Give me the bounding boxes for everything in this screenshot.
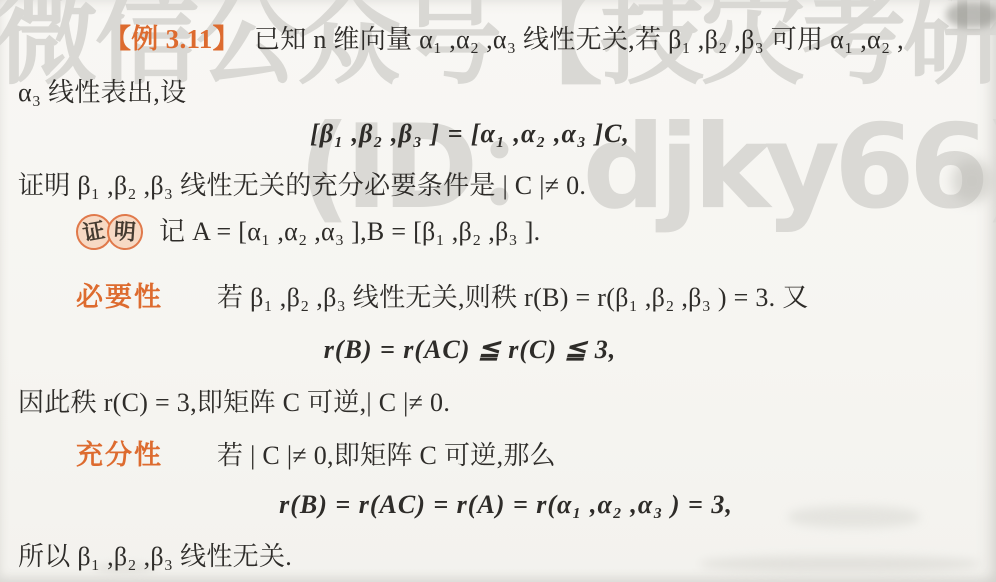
definition-equation: [β₁ ,β₂ ,β₃ ] = [α₁ ,α₂ ,α₃ ]C, bbox=[0, 117, 968, 151]
proof-content: 【例 3.11】已知 n 维向量 α₁ ,α₂ ,α₃ 线性无关,若 β₁ ,β… bbox=[0, 0, 996, 582]
necessity-conclusion-line: 因此秩 r(C) = 3,即矩阵 C 可逆,| C |≠ 0. bbox=[18, 386, 450, 420]
necessity-label: 必要性 bbox=[76, 282, 163, 312]
sufficiency-text: 若 | C |≠ 0,即矩阵 C 可逆,那么 bbox=[217, 441, 556, 470]
proof-stamp-char-ming: 明 bbox=[106, 213, 144, 251]
example-statement-line1: 【例 3.11】已知 n 维向量 α₁ ,α₂ ,α₃ 线性无关,若 β₁ ,β… bbox=[104, 22, 904, 57]
conclusion-line: 所以 β₁ ,β₂ ,β₃ 线性无关. bbox=[18, 540, 292, 574]
sufficiency-line: 充分性若 | C |≠ 0,即矩阵 C 可逆,那么 bbox=[76, 438, 556, 473]
necessity-text: 若 β₁ ,β₂ ,β₃ 线性无关,则秩 r(B) = r(β₁ ,β₂ ,β₃… bbox=[217, 283, 809, 312]
proof-setup-line: 证 明 记 A = [α₁ ,α₂ ,α₃ ],B = [β₁ ,β₂ ,β₃ … bbox=[76, 214, 540, 250]
claim-line: 证明 β₁ ,β₂ ,β₃ 线性无关的充分必要条件是 | C |≠ 0. bbox=[18, 169, 586, 203]
example-statement-line2: α₃ 线性表出,设 bbox=[18, 76, 186, 110]
rank-equality-equation: r(B) = r(AC) = r(A) = r(α₁ ,α₂ ,α₃ ) = 3… bbox=[8, 488, 996, 522]
proof-setup-text: 记 A = [α₁ ,α₂ ,α₃ ],B = [β₁ ,β₂ ,β₃ ]. bbox=[159, 215, 540, 249]
rank-inequality-equation: r(B) = r(AC) ≦ r(C) ≦ 3, bbox=[0, 333, 968, 367]
textbook-page: 微信公众号【技灾考研】 (ID：djky66) 【例 3.11】已知 n 维向量… bbox=[0, 0, 996, 582]
proof-stamp-badge: 证 明 bbox=[76, 214, 143, 250]
necessity-line: 必要性若 β₁ ,β₂ ,β₃ 线性无关,则秩 r(B) = r(β₁ ,β₂ … bbox=[76, 280, 809, 315]
example-statement-text: 已知 n 维向量 α₁ ,α₂ ,α₃ 线性无关,若 β₁ ,β₂ ,β₃ 可用… bbox=[254, 25, 904, 54]
example-number-label: 【例 3.11】 bbox=[104, 24, 240, 54]
sufficiency-label: 充分性 bbox=[76, 440, 163, 470]
